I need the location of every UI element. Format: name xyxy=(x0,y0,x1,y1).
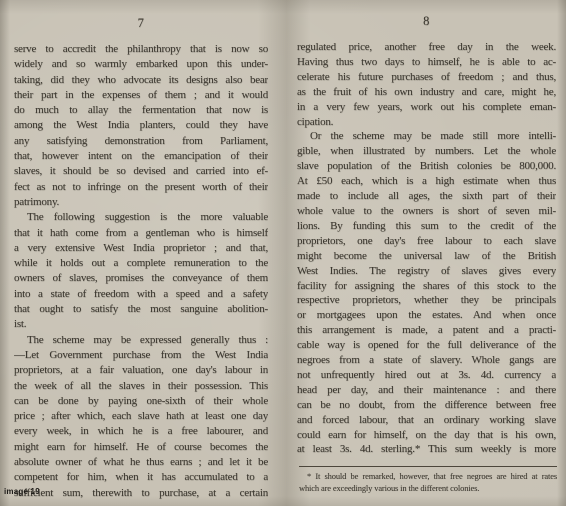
text-line: in a very few years, work out his comple… xyxy=(297,100,556,115)
text-line: Having thus two days to himself, he is a… xyxy=(297,55,556,70)
text-line: slave population of the British colonies… xyxy=(297,159,556,174)
page-number-left: 7 xyxy=(14,16,268,31)
page-text-right: regulated price, another free day in the… xyxy=(297,40,556,457)
text-line: facility for assigning the shares of thi… xyxy=(297,279,556,294)
text-line: into a state of freedom with a speed and… xyxy=(14,287,268,302)
text-line: celerate his future purchases of freedom… xyxy=(297,70,556,85)
text-line: owners of slaves, promises the conveyanc… xyxy=(14,271,268,286)
book-scan: 7 8 serve to accredit the philanthropy t… xyxy=(0,0,566,506)
text-line: price ; after which, each slave hath at … xyxy=(14,409,268,424)
text-line: cable way is opened for the full deliver… xyxy=(297,338,556,353)
text-line: The following suggestion is the more val… xyxy=(14,210,268,225)
text-line: their part in the expenses of them ; and… xyxy=(14,88,268,103)
text-line: whole value to the owners is short of se… xyxy=(297,204,556,219)
text-line: do much to allay the fermentation that n… xyxy=(14,103,268,118)
text-line: might become the universal law of the Br… xyxy=(297,249,556,264)
text-line: might earn for himself. He of course bec… xyxy=(14,440,268,455)
footnote-text: * It should be remarked, however, that f… xyxy=(299,471,557,494)
text-line: West Indies. The registry of slaves give… xyxy=(297,264,556,279)
text-line: which are exceedingly various in the dif… xyxy=(299,483,557,495)
text-line: respective proprietors, whether they be … xyxy=(297,293,556,308)
text-line: made to include all ages, the sixth part… xyxy=(297,189,556,204)
text-line: that ought to satisfy the most sanguine … xyxy=(14,302,268,317)
paragraph: The scheme may be expressed generally th… xyxy=(14,333,268,501)
text-line: regulated price, another free day in the… xyxy=(297,40,556,55)
text-line: proprietors, at a fair valuation, one da… xyxy=(14,363,268,378)
text-line: head per day, and their maintenance : an… xyxy=(297,383,556,398)
text-line: among the West India planters, could the… xyxy=(14,118,268,133)
text-line: this arrangement is made, a patent and a… xyxy=(297,323,556,338)
scan-label: image 19 xyxy=(4,487,40,496)
text-line: any satisfying demonstration from Parlia… xyxy=(14,134,268,149)
text-line: as the fruit of his own industry and car… xyxy=(297,85,556,100)
page-text-left: serve to accredit the philanthropy that … xyxy=(14,42,268,501)
text-line: At £50 each, which is a high estimate wh… xyxy=(297,174,556,189)
text-line: ist. xyxy=(14,317,268,332)
text-line: patrimony. xyxy=(14,195,268,210)
page-number-right: 8 xyxy=(297,14,556,29)
text-line: serve to accredit the philanthropy that … xyxy=(14,42,268,57)
text-line: at least 3s. 4d. sterling.* This sum wee… xyxy=(297,442,556,457)
text-line: lions. By funding this sum to the credit… xyxy=(297,219,556,234)
text-line: cipation. xyxy=(297,115,556,130)
paragraph: serve to accredit the philanthropy that … xyxy=(14,42,268,210)
text-line: could earn for himself, on the day that … xyxy=(297,428,556,443)
text-line: the week of all the slaves in their poss… xyxy=(14,379,268,394)
text-line: can be no doubt, from the difference bet… xyxy=(297,398,556,413)
paragraph: The following suggestion is the more val… xyxy=(14,210,268,332)
text-line: negroes from a state of slavery. Whole g… xyxy=(297,353,556,368)
text-line: or mortgagees upon the estates. And when… xyxy=(297,308,556,323)
text-line: not unfrequently hired out at 3s. 4d. cu… xyxy=(297,368,556,383)
paragraph: Or the scheme may be made still more int… xyxy=(297,129,556,457)
text-line: fect as not to infringe on the present w… xyxy=(14,180,268,195)
text-line: every week, in which he is a free labour… xyxy=(14,424,268,439)
text-line: can be done by paying one-sixth of their… xyxy=(14,394,268,409)
text-line: * It should be remarked, however, that f… xyxy=(299,471,557,483)
text-line: sufficient sum, therewith to purchase, a… xyxy=(14,486,268,501)
text-line: —Let Government purchase from the West I… xyxy=(14,348,268,363)
text-line: The scheme may be expressed generally th… xyxy=(14,333,268,348)
text-line: a very extensive West India proprietor ;… xyxy=(14,241,268,256)
paragraph: * It should be remarked, however, that f… xyxy=(299,471,557,494)
text-line: widely and so warmly embarked upon this … xyxy=(14,57,268,72)
paragraph: regulated price, another free day in the… xyxy=(297,40,556,129)
text-line: that it hath come from a gentleman who i… xyxy=(14,226,268,241)
text-line: competent for him, when it has accumulat… xyxy=(14,470,268,485)
text-line: that, however intent on the emancipation… xyxy=(14,149,268,164)
text-line: proprietors, one day's free labour to ea… xyxy=(297,234,556,249)
text-line: absolute owner of what he thus earns ; a… xyxy=(14,455,268,470)
text-line: and forced labour, that an ordinary work… xyxy=(297,413,556,428)
text-line: slaves, it should be so devised and carr… xyxy=(14,164,268,179)
text-line: while it holds out a complete remunerati… xyxy=(14,256,268,271)
text-line: taking, did they who advocate its design… xyxy=(14,73,268,88)
text-line: Or the scheme may be made still more int… xyxy=(297,129,556,144)
footnote-rule xyxy=(299,466,557,467)
text-line: gible, when illustrated by numbers. Let … xyxy=(297,144,556,159)
